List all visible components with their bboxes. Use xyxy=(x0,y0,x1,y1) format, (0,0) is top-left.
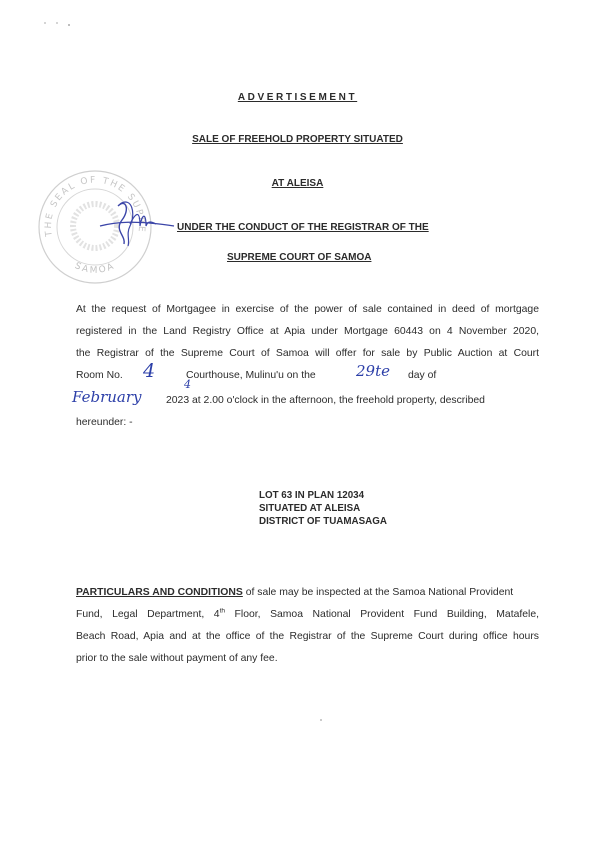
body-line-5-rest: at 2.00 o'clock in the afternoon, the fr… xyxy=(192,395,485,406)
lot-line-3: DISTRICT OF TUAMASAGA xyxy=(259,516,387,529)
body-line-2: registered in the Land Registry Office a… xyxy=(76,326,539,337)
particulars-line-2-b: Floor, Samoa National Provident Fund Bui… xyxy=(225,609,539,620)
scan-speck xyxy=(56,22,58,24)
particulars-line-4: prior to the sale without payment of any… xyxy=(76,653,278,664)
handwritten-day: 29te xyxy=(356,362,390,380)
particulars-line-2-a: Fund, Legal Department, 4 xyxy=(76,609,220,620)
particulars-line-2: Fund, Legal Department, 4th Floor, Samoa… xyxy=(76,609,539,620)
particulars-label: PARTICULARS AND CONDITIONS xyxy=(76,587,243,598)
body-line-1: At the request of Mortgagee in exercise … xyxy=(76,304,539,315)
body-line-4-a: Room No. xyxy=(76,370,123,381)
body-line-4-b: Courthouse, Mulinu'u on the xyxy=(186,370,316,381)
heading-conduct: UNDER THE CONDUCT OF THE REGISTRAR OF TH… xyxy=(177,222,429,233)
document-title: ADVERTISEMENT xyxy=(0,92,595,103)
scan-speck xyxy=(44,22,46,24)
svg-text:SAMOA: SAMOA xyxy=(73,261,117,276)
body-line-4-c: day of xyxy=(408,370,436,381)
handwritten-room-no: 4 xyxy=(143,360,155,382)
particulars-line-1: PARTICULARS AND CONDITIONS of sale may b… xyxy=(76,587,513,598)
lot-line-2: SITUATED AT ALEISA xyxy=(259,503,360,516)
heading-sale: SALE OF FREEHOLD PROPERTY SITUATED xyxy=(0,134,595,145)
particulars-line-3: Beach Road, Apia and at the office of th… xyxy=(76,631,539,642)
handwritten-month: February xyxy=(72,388,142,406)
body-line-5-year: 2023 xyxy=(166,395,189,406)
signature-icon xyxy=(96,196,176,252)
body-line-6: hereunder: - xyxy=(76,417,133,428)
particulars-line-1-rest: of sale may be inspected at the Samoa Na… xyxy=(243,587,513,598)
scan-speck xyxy=(68,24,70,26)
registrar-signature xyxy=(96,196,176,252)
heading-court: SUPREME COURT OF SAMOA xyxy=(227,252,371,263)
handwritten-year-correction: 4 xyxy=(184,378,191,391)
body-line-3: the Registrar of the Supreme Court of Sa… xyxy=(76,348,539,359)
scan-speck xyxy=(320,719,322,721)
lot-line-1: LOT 63 IN PLAN 12034 xyxy=(259,490,364,503)
